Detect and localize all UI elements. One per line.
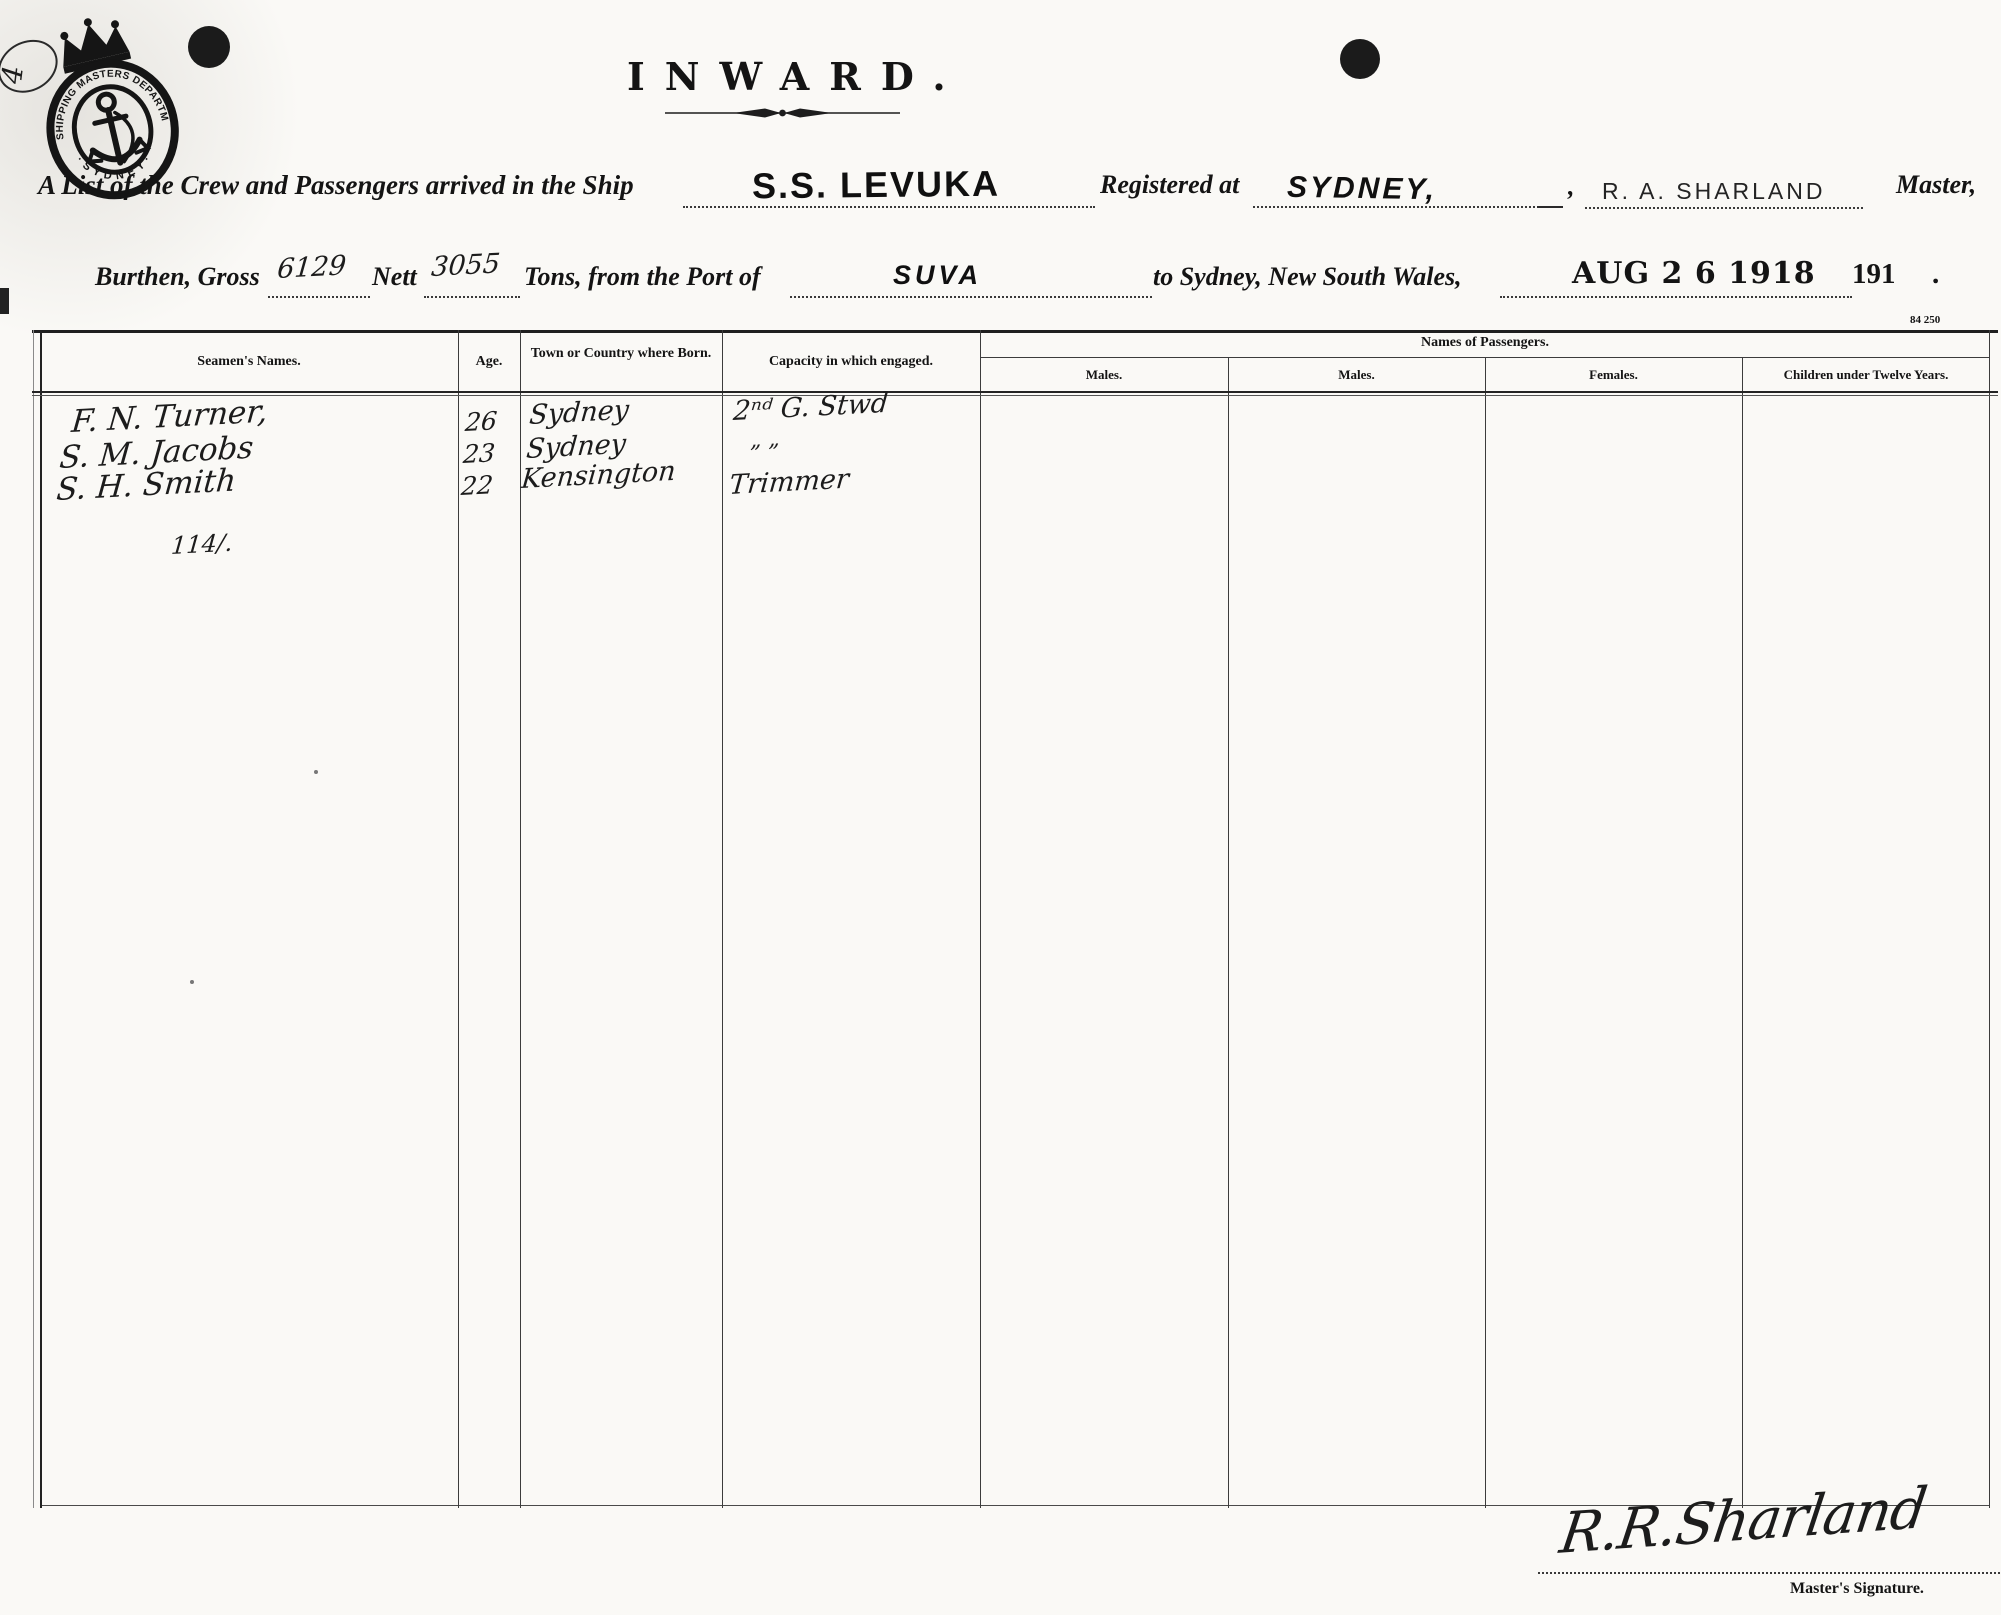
nett-line (424, 296, 520, 298)
hole-punch-right (1340, 39, 1380, 79)
registered-at-stamp: SYDNEY, (1287, 171, 1438, 208)
header-age: Age. (458, 354, 520, 370)
comma: , (1568, 172, 1575, 202)
header-bottom-rule-2 (32, 395, 1998, 396)
hole-punch-left (188, 26, 230, 68)
header-bottom-rule-1 (32, 391, 1998, 393)
header-passengers-group: Names of Passengers. (980, 335, 1990, 351)
label-port-of: Tons, from the Port of (524, 262, 761, 292)
header-males-1: Males. (980, 368, 1228, 383)
master-name: R. A. SHARLAND (1602, 178, 1826, 205)
date-stamp: AUG 2 6 1918 (1572, 256, 1816, 291)
header-seamens-names: Seamen's Names. (40, 354, 458, 370)
crew-capacity-ditto: ” ” (748, 440, 780, 467)
signature-label: Master's Signature. (1790, 1580, 1924, 1598)
header-born: Town or Country where Born. (520, 346, 722, 362)
gross-value: 6129 (276, 250, 347, 285)
header-females: Females. (1485, 368, 1742, 383)
passenger-group-rule (980, 357, 1990, 358)
printed-year: 191 (1852, 258, 1896, 291)
crew-capacity: Trimmer (728, 464, 850, 501)
col-sep-males-males (1228, 357, 1229, 1508)
col-sep-females-children (1742, 357, 1743, 1508)
crew-passenger-table: Seamen's Names. Age. Town or Country whe… (40, 330, 1990, 1508)
col-sep-capacity-males (980, 330, 981, 1508)
label-ship-line: A List of the Crew and Passengers arrive… (38, 170, 634, 201)
header-males-2: Males. (1228, 368, 1485, 383)
port-stamp: SUVA (893, 260, 982, 291)
scan-edge-artifact (0, 288, 9, 314)
label-to-sydney: to Sydney, New South Wales, (1153, 262, 1462, 292)
page-title: INWARD. (627, 54, 966, 99)
label-registered-at: Registered at (1100, 170, 1239, 200)
label-nett: Nett (372, 262, 417, 292)
form-number: 84 250 (1910, 314, 1940, 326)
table-top-border (32, 330, 1998, 333)
printed-period: . (1932, 258, 1939, 291)
port-line (790, 296, 1152, 298)
table-right-border (1989, 330, 1990, 1508)
col-sep-born-capacity (722, 330, 723, 1508)
col-sep-males-females (1485, 357, 1486, 1508)
ship-name-stamp: S.S. LEVUKA (752, 163, 1000, 208)
col-sep-age-born (520, 330, 521, 1508)
label-master: Master, (1896, 170, 1976, 200)
crew-age: 26 (464, 406, 498, 437)
nett-value: 3055 (430, 248, 501, 283)
col-sep-names-age (458, 330, 459, 1508)
date-line (1500, 296, 1852, 298)
crew-count-annotation: 114/. (170, 529, 234, 560)
crew-age: 22 (460, 470, 494, 501)
signature-line (1538, 1572, 2000, 1574)
header-children: Children under Twelve Years. (1742, 368, 1990, 383)
gross-line (268, 296, 370, 298)
table-left-outer-line (33, 330, 34, 1508)
comma-line (1537, 206, 1563, 208)
label-burthen-gross: Burthen, Gross (95, 262, 260, 292)
header-capacity: Capacity in which engaged. (722, 354, 980, 370)
ship-name-line (683, 206, 1095, 208)
scanned-crew-list-document: { "page": { "badge_number": "4", "form_n… (0, 0, 2001, 1615)
title-ornament (665, 104, 900, 127)
master-name-line (1585, 207, 1863, 209)
table-left-border (40, 330, 42, 1508)
crew-age: 23 (462, 438, 496, 469)
crew-born: Sydney (528, 395, 630, 431)
